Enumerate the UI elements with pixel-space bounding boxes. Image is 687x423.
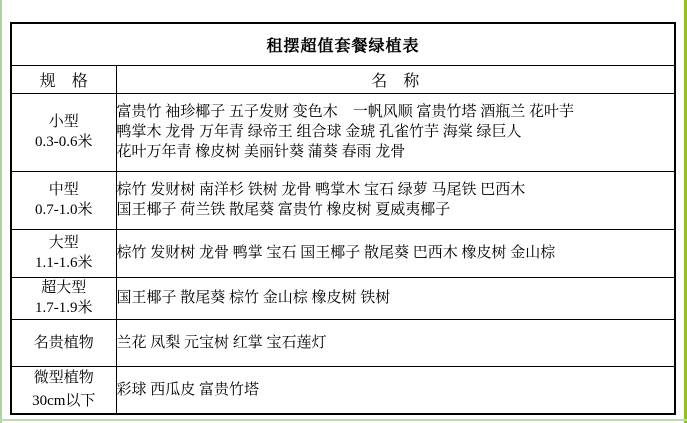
table-row: 大型 1.1-1.6米 棕竹 发财树 龙骨 鸭掌 宝石 国王椰子 散尾葵 巴西木… [11,229,675,277]
spec-cell-medium: 中型 0.7-1.0米 [11,171,116,229]
spec-cell-large: 大型 1.1-1.6米 [11,229,116,277]
names-cell-large: 棕竹 发财树 龙骨 鸭掌 宝石 国王椰子 散尾葵 巴西木 橡皮树 金山棕 [116,229,675,277]
plant-package-table: 租摆超值套餐绿植表 规 格 名 称 小型 0.3-0.6米 富贵竹 袖珍椰子 五… [10,22,676,415]
names-cell-mini: 彩球 西瓜皮 富贵竹塔 [116,366,675,414]
names-cell-small: 富贵竹 袖珍椰子 五子发财 变色木 一帆风顺 富贵竹塔 酒瓶兰 花叶芋 鸭掌木 … [116,93,675,171]
page: 租摆超值套餐绿植表 规 格 名 称 小型 0.3-0.6米 富贵竹 袖珍椰子 五… [0,0,687,423]
names-cell-extra-large: 国王椰子 散尾葵 棕竹 金山棕 橡皮树 铁树 [116,277,675,319]
table-row: 小型 0.3-0.6米 富贵竹 袖珍椰子 五子发财 变色木 一帆风顺 富贵竹塔 … [11,93,675,171]
spec-cell-mini: 微型植物 30cm以下 [11,366,116,414]
page-title: 租摆超值套餐绿植表 [11,23,675,65]
header-row: 规 格 名 称 [11,65,675,93]
table-row: 超大型 1.7-1.9米 国王椰子 散尾葵 棕竹 金山棕 橡皮树 铁树 [11,277,675,319]
left-edge-line [0,0,2,423]
spec-cell-extra-large: 超大型 1.7-1.9米 [11,277,116,319]
bottom-edge-line [0,419,687,421]
names-cell-precious: 兰花 凤梨 元宝树 红掌 宝石莲灯 [116,319,675,366]
spec-cell-small: 小型 0.3-0.6米 [11,93,116,171]
table-row: 微型植物 30cm以下 彩球 西瓜皮 富贵竹塔 [11,366,675,414]
title-row: 租摆超值套餐绿植表 [11,23,675,65]
column-header-spec: 规 格 [11,65,116,93]
table-row: 名贵植物 兰花 凤梨 元宝树 红掌 宝石莲灯 [11,319,675,366]
table-row: 中型 0.7-1.0米 棕竹 发财树 南洋杉 铁树 龙骨 鸭掌木 宝石 绿萝 马… [11,171,675,229]
spec-cell-precious: 名贵植物 [11,319,116,366]
names-cell-medium: 棕竹 发财树 南洋杉 铁树 龙骨 鸭掌木 宝石 绿萝 马尾铁 巴西木 国王椰子 … [116,171,675,229]
column-header-name: 名 称 [116,65,675,93]
